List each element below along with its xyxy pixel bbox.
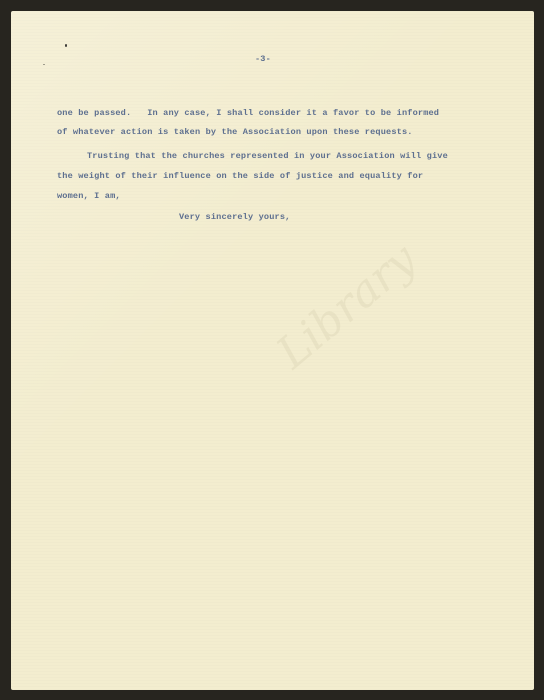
library-watermark: Library: [246, 216, 544, 526]
body-line: one be passed. In any case, I shall cons…: [57, 109, 439, 118]
closing-salutation: Very sincerely yours,: [179, 213, 290, 222]
ink-speck: [65, 44, 67, 47]
ink-speck: [43, 64, 45, 65]
body-line: of whatever action is taken by the Assoc…: [57, 128, 413, 137]
body-line: Trusting that the churches represented i…: [87, 152, 448, 161]
document-page: Library -3- one be passed. In any case, …: [11, 11, 534, 690]
page-number: -3-: [255, 55, 271, 64]
body-line: women, I am,: [57, 192, 121, 201]
body-line: the weight of their influence on the sid…: [57, 172, 423, 181]
